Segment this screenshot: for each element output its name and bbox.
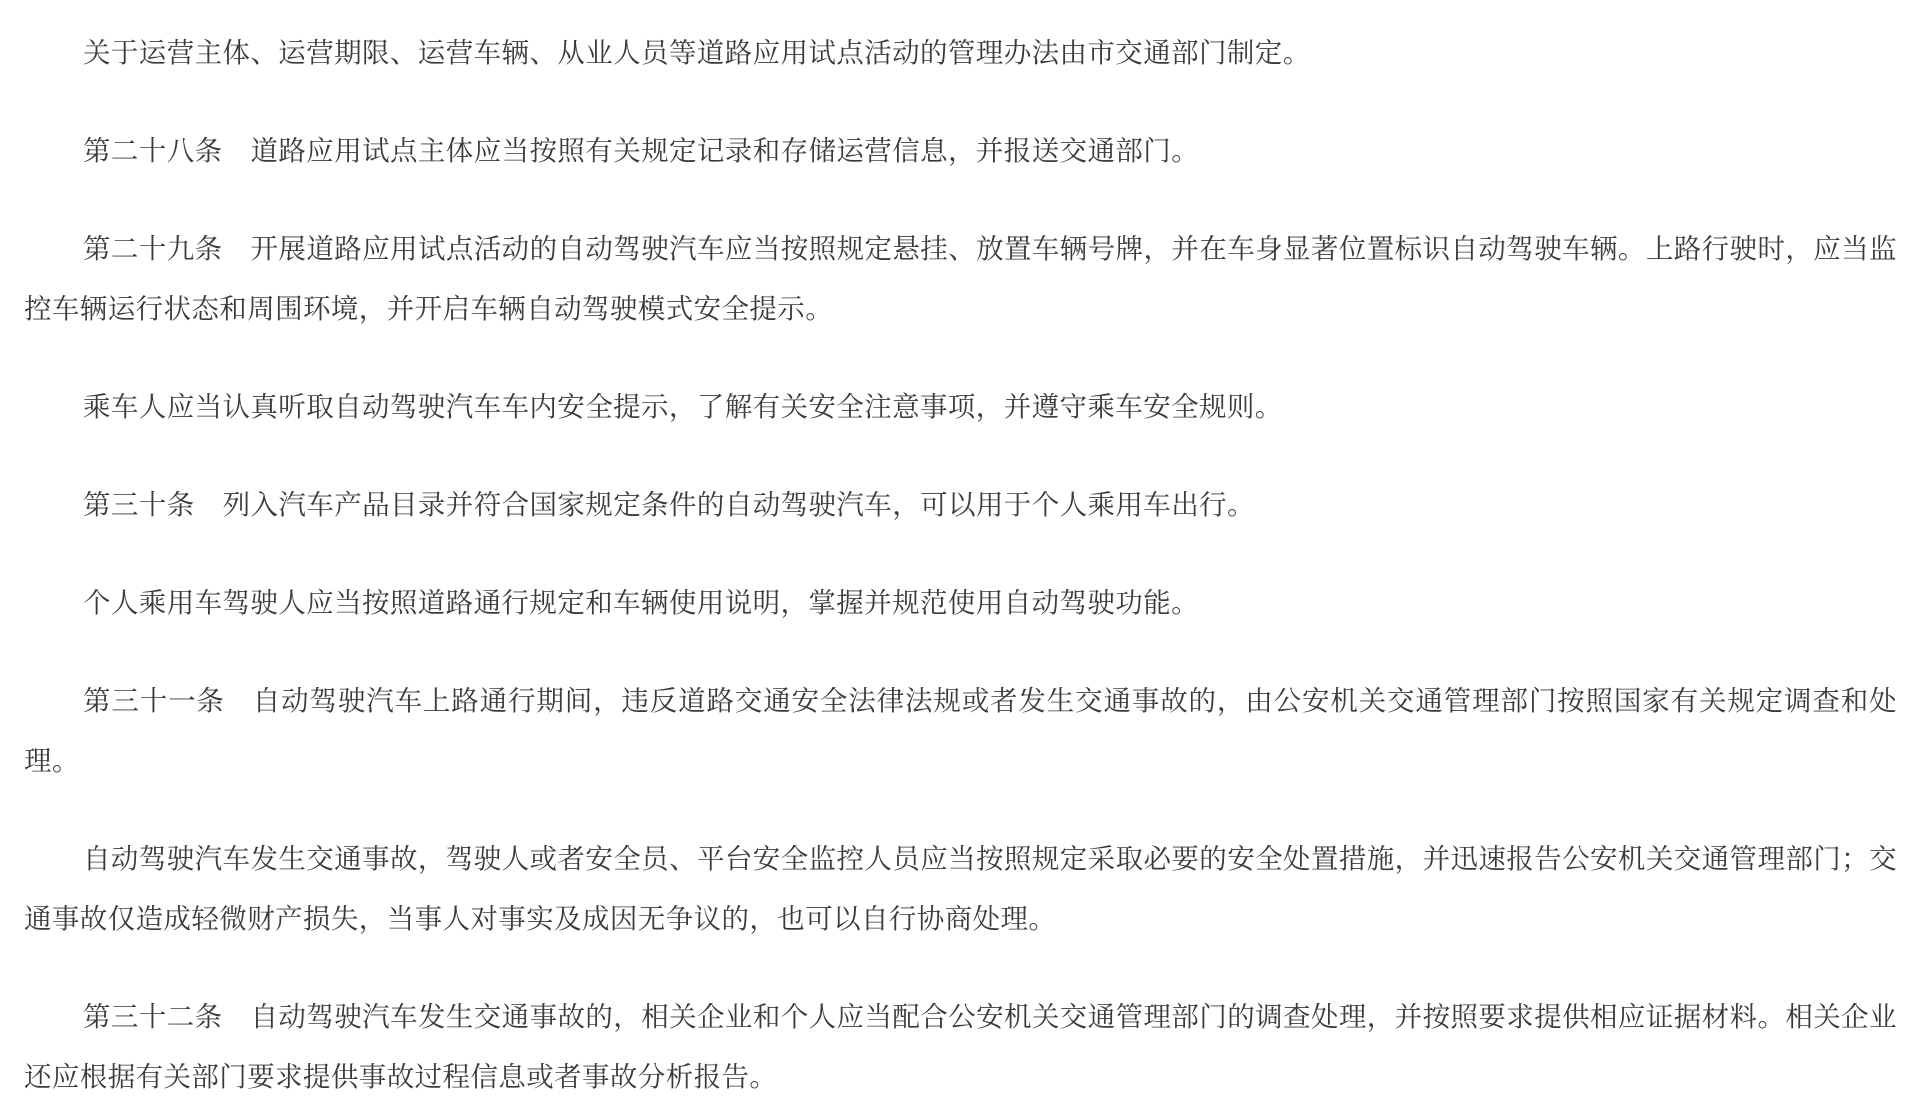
paragraph-6: 个人乘用车驾驶人应当按照道路通行规定和车辆使用说明，掌握并规范使用自动驾驶功能。	[24, 573, 1897, 633]
paragraph-text: 道路应用试点主体应当按照有关规定记录和存储运营信息，并报送交通部门。	[251, 135, 1200, 167]
paragraph-1: 关于运营主体、运营期限、运营车辆、从业人员等道路应用试点活动的管理办法由市交通部…	[24, 23, 1897, 83]
article-number: 第三十条	[83, 489, 195, 521]
paragraph-text: 关于运营主体、运营期限、运营车辆、从业人员等道路应用试点活动的管理办法由市交通部…	[83, 37, 1311, 69]
paragraph-text: 乘车人应当认真听取自动驾驶汽车车内安全提示，了解有关安全注意事项，并遵守乘车安全…	[83, 391, 1283, 423]
paragraph-8: 自动驾驶汽车发生交通事故，驾驶人或者安全员、平台安全监控人员应当按照规定采取必要…	[24, 829, 1897, 949]
paragraph-text: 列入汽车产品目录并符合国家规定条件的自动驾驶汽车，可以用于个人乘用车出行。	[223, 489, 1255, 521]
article-number: 第二十九条	[83, 233, 223, 265]
article-number: 第二十八条	[83, 135, 223, 167]
paragraph-article-29: 第二十九条开展道路应用试点活动的自动驾驶汽车应当按照规定悬挂、放置车辆号牌，并在…	[24, 219, 1897, 339]
article-number: 第三十一条	[83, 685, 225, 717]
paragraph-article-31: 第三十一条自动驾驶汽车上路通行期间，违反道路交通安全法律法规或者发生交通事故的，…	[24, 671, 1897, 791]
paragraph-text: 个人乘用车驾驶人应当按照道路通行规定和车辆使用说明，掌握并规范使用自动驾驶功能。	[83, 587, 1199, 619]
paragraph-article-32: 第三十二条自动驾驶汽车发生交通事故的，相关企业和个人应当配合公安机关交通管理部门…	[24, 987, 1897, 1107]
article-number: 第三十二条	[83, 1001, 223, 1033]
paragraph-article-30: 第三十条列入汽车产品目录并符合国家规定条件的自动驾驶汽车，可以用于个人乘用车出行…	[24, 475, 1897, 535]
paragraph-text: 自动驾驶汽车发生交通事故，驾驶人或者安全员、平台安全监控人员应当按照规定采取必要…	[24, 843, 1897, 935]
paragraph-text: 自动驾驶汽车发生交通事故的，相关企业和个人应当配合公安机关交通管理部门的调查处理…	[24, 1001, 1897, 1093]
article-body: 关于运营主体、运营期限、运营车辆、从业人员等道路应用试点活动的管理办法由市交通部…	[0, 0, 1919, 1107]
paragraph-text: 自动驾驶汽车上路通行期间，违反道路交通安全法律法规或者发生交通事故的，由公安机关…	[24, 685, 1897, 777]
paragraph-text: 开展道路应用试点活动的自动驾驶汽车应当按照规定悬挂、放置车辆号牌，并在车身显著位…	[24, 233, 1897, 325]
paragraph-4: 乘车人应当认真听取自动驾驶汽车车内安全提示，了解有关安全注意事项，并遵守乘车安全…	[24, 377, 1897, 437]
paragraph-article-28: 第二十八条道路应用试点主体应当按照有关规定记录和存储运营信息，并报送交通部门。	[24, 121, 1897, 181]
